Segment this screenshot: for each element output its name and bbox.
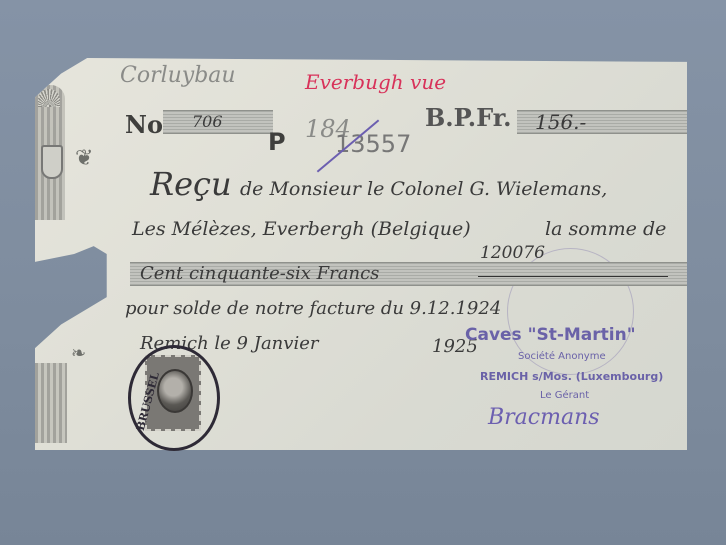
fan-ornament-icon	[38, 89, 60, 107]
received-label: Reçu	[150, 165, 232, 203]
stamp-company-location: REMICH s/Mos. (Luxembourg)	[480, 370, 663, 383]
signature: Bracmans	[488, 405, 600, 430]
number-value: 706	[192, 112, 223, 131]
series-letter: P	[268, 128, 286, 156]
shield-ornament-icon	[41, 145, 63, 179]
printed-serial: 13557	[335, 130, 411, 158]
amount-value: 156.-	[535, 110, 586, 134]
pencil-figure: 120076	[480, 243, 545, 263]
stamp-company-role: Le Gérant	[540, 390, 589, 401]
leaf-ornament-icon: ❧	[71, 343, 86, 364]
decorative-ornament-top	[35, 85, 65, 220]
purpose-text: pour solde de notre facture du 9.12.1924	[125, 298, 501, 319]
red-annotation: Everbugh vue	[305, 70, 446, 94]
payer-line-2-suffix: la somme de	[545, 218, 666, 240]
decorative-ornament-bottom	[35, 363, 67, 443]
payer-line-1: de Monsieur le Colonel G. Wielemans,	[240, 178, 607, 200]
stamp-company-name: Caves "St-Martin"	[465, 325, 636, 345]
leaf-ornament-icon: ❦	[75, 146, 93, 171]
fill-line	[478, 276, 668, 277]
stamp-company-type: Société Anonyme	[518, 351, 606, 362]
payer-line-2: Les Mélèzes, Everbergh (Belgique)	[132, 218, 471, 240]
amount-label: B.P.Fr.	[425, 103, 511, 132]
pencil-note-top: Corluybau	[120, 63, 236, 88]
amount-in-words: Cent cinquante-six Francs	[140, 263, 379, 284]
